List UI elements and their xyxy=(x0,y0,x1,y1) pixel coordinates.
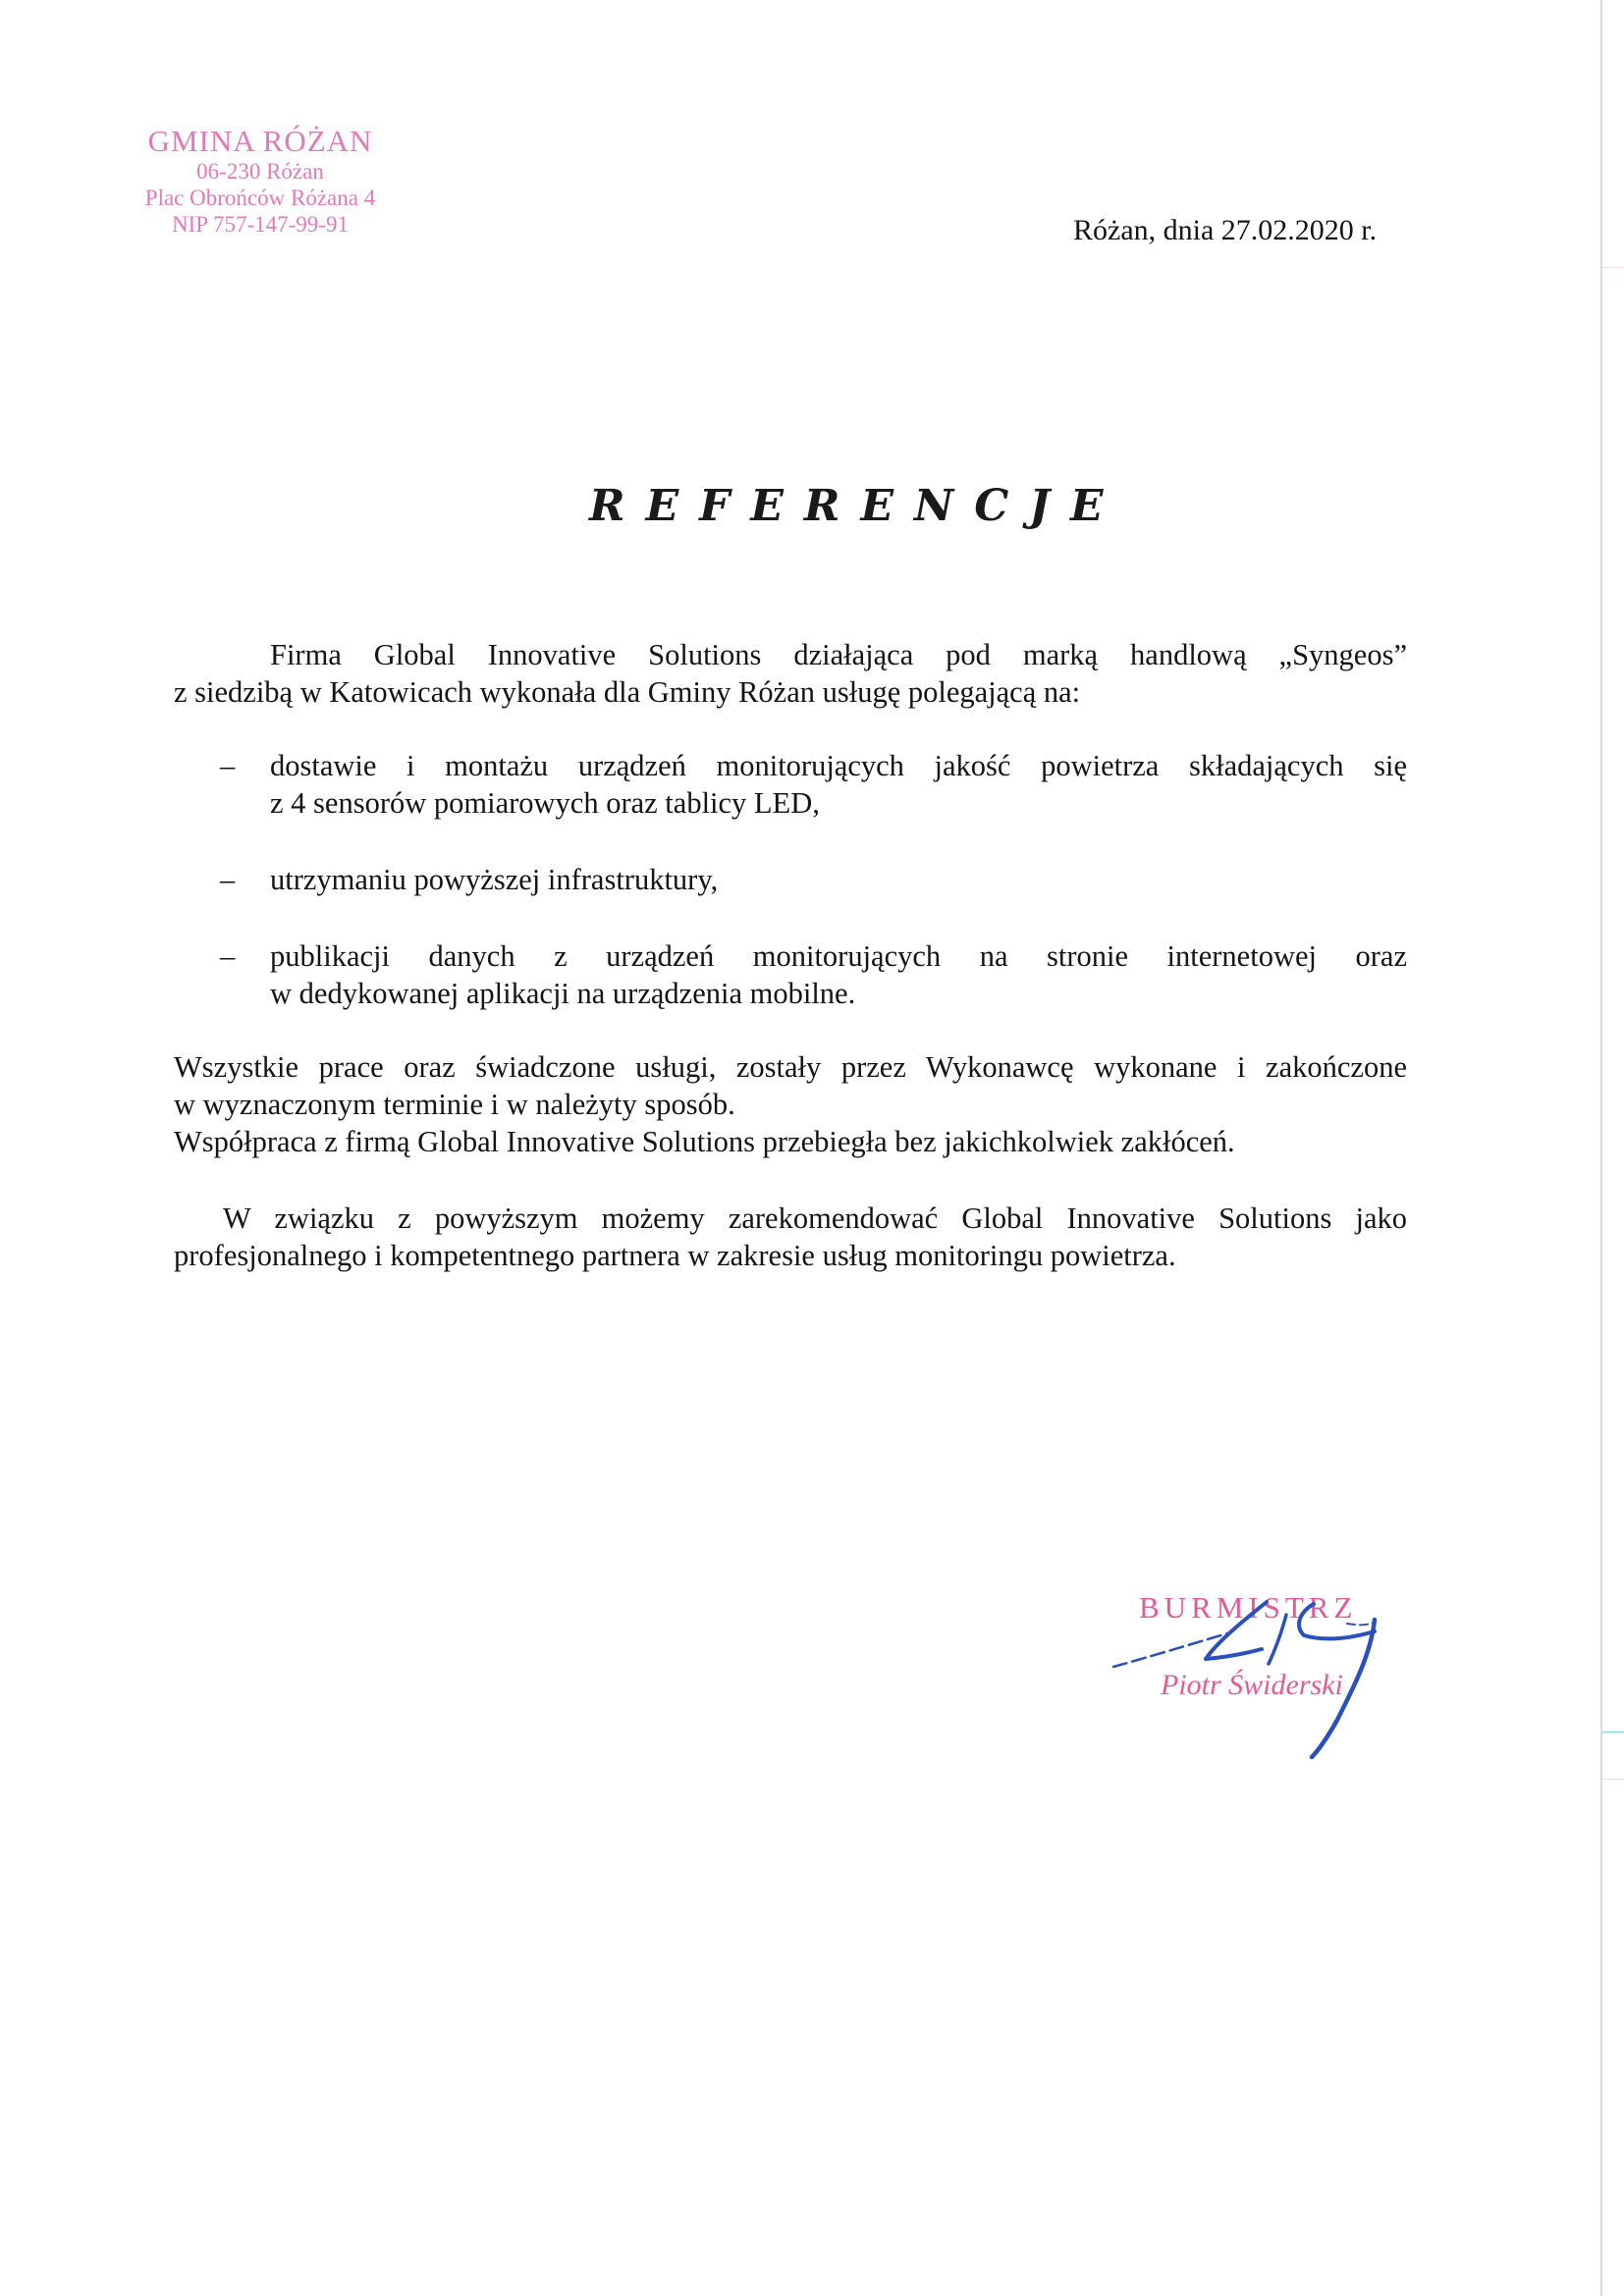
dash-bullet-icon: – xyxy=(220,747,235,784)
stamp-postal: 06-230 Różan xyxy=(103,160,417,183)
intro-paragraph: Firma Global Innovative Solutions działa… xyxy=(174,636,1407,711)
intro-line-1: Firma Global Innovative Solutions działa… xyxy=(174,636,1407,673)
list-item: – dostawie i montażu urządzeń monitorują… xyxy=(174,747,1407,822)
bullet-line-1: dostawie i montażu urządzeń monitorujący… xyxy=(270,747,1407,784)
handwritten-signature-icon xyxy=(1090,1561,1414,1787)
edge-mark xyxy=(1602,1732,1624,1733)
list-item: – publikacji danych z urządzeń monitoruj… xyxy=(174,937,1407,1012)
edge-mark xyxy=(1602,267,1624,268)
page-edge-line xyxy=(1600,0,1602,2296)
stamp-address: Plac Obrońców Różana 4 xyxy=(103,187,417,209)
recommendation-line-2: profesjonalnego i kompetentnego partnera… xyxy=(174,1237,1407,1274)
place-date: Różan, dnia 27.02.2020 r. xyxy=(1073,214,1377,247)
bullet-line-1: publikacji danych z urządzeń monitorując… xyxy=(270,937,1407,975)
municipality-stamp: GMINA RÓŻAN 06-230 Różan Plac Obrońców R… xyxy=(103,126,417,240)
works-line-3: Współpraca z firmą Global Innovative Sol… xyxy=(174,1123,1407,1160)
list-item: – utrzymaniu powyższej infrastruktury, xyxy=(174,861,1407,898)
bullet-line-2: w dedykowanej aplikacji na urządzenia mo… xyxy=(270,975,1407,1012)
intro-line-2: z siedzibą w Katowicach wykonała dla Gmi… xyxy=(174,673,1407,711)
recommendation-paragraph: W związku z powyższym możemy zarekomendo… xyxy=(174,1200,1407,1274)
dash-bullet-icon: – xyxy=(220,937,235,975)
bullet-line-1: utrzymaniu powyższej infrastruktury, xyxy=(270,861,1407,898)
stamp-nip: NIP 757-147-99-91 xyxy=(103,213,417,236)
dash-bullet-icon: – xyxy=(220,861,235,898)
document-title: REFERENCJE xyxy=(589,481,1124,531)
works-paragraph: Wszystkie prace oraz świadczone usługi, … xyxy=(174,1048,1407,1160)
recommendation-line-1: W związku z powyższym możemy zarekomendo… xyxy=(174,1200,1407,1237)
stamp-title: GMINA RÓŻAN xyxy=(103,126,417,156)
bullet-line-2: z 4 sensorów pomiarowych oraz tablicy LE… xyxy=(270,784,1407,822)
works-line-1: Wszystkie prace oraz świadczone usługi, … xyxy=(174,1048,1407,1086)
edge-mark xyxy=(1602,1779,1624,1780)
works-line-2: w wyznaczonym terminie i w należyty spos… xyxy=(174,1086,1407,1123)
